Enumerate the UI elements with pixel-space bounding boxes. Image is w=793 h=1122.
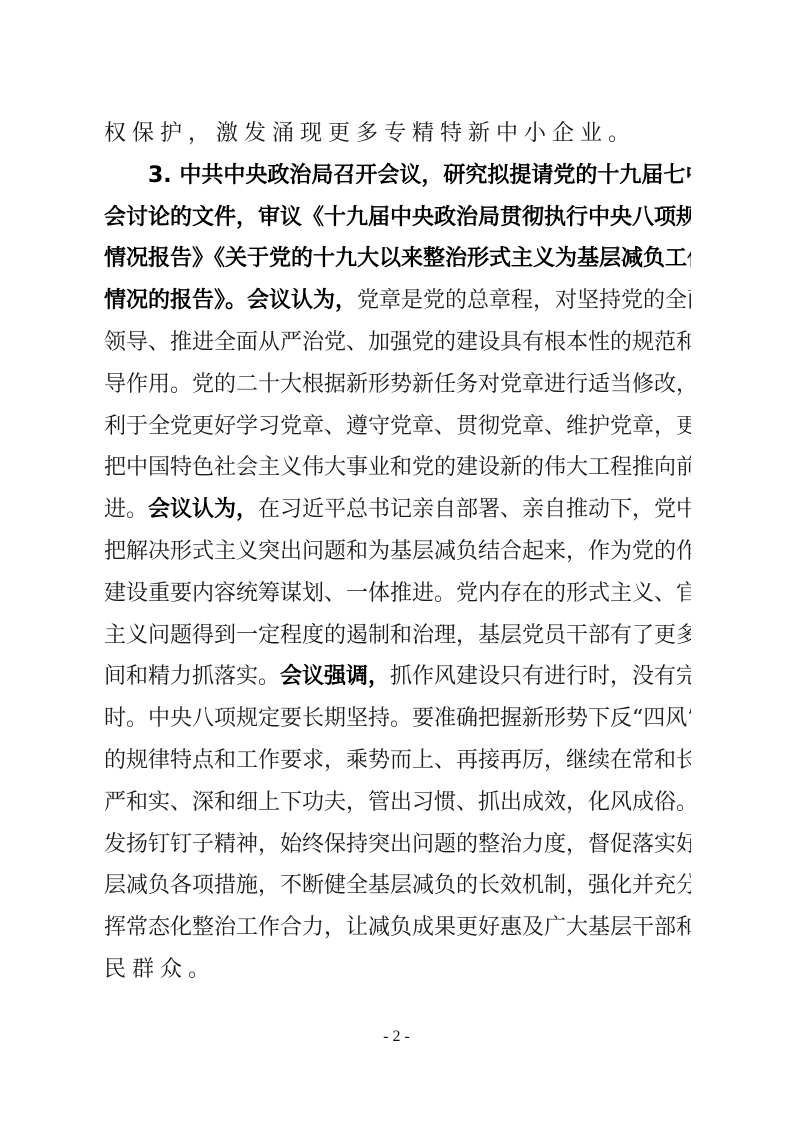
- text-segment: 把解决形式主义突出问题和为基层减负结合起来，作为党的作风: [104, 539, 691, 564]
- bold-text-segment: 情况报告》《关于党的十九大以来整治形式主义为基层减负工作: [104, 246, 691, 271]
- bold-text-segment: 3. 中共中央政治局召开会议，研究拟提请党的十九届七中全: [148, 163, 691, 188]
- text-segment: 建设重要内容统筹谋划、一体推进。党内存在的形式主义、官僚: [104, 581, 691, 606]
- bold-text-segment: 会讨论的文件，审议《十九届中央政治局贯彻执行中央八项规定: [104, 205, 691, 230]
- bold-text-segment: 会议强调，: [280, 664, 390, 689]
- text-segment: 把中国特色社会主义伟大事业和党的建设新的伟大工程推向前: [104, 455, 691, 480]
- text-segment: 挥常态化整治工作合力，让减负成果更好惠及广大基层干部和人: [104, 915, 691, 940]
- text-line: 间和精力抓落实。会议强调，抓作风建设只有进行时，没有完成: [104, 656, 691, 698]
- text-line: 挥常态化整治工作合力，让减负成果更好惠及广大基层干部和人: [104, 907, 691, 949]
- text-segment: 严和实、深和细上下功夫，管出习惯、抓出成效，化风成俗。要: [104, 790, 691, 815]
- text-line: 建设重要内容统筹谋划、一体推进。党内存在的形式主义、官僚: [104, 573, 691, 615]
- text-segment: 间和精力抓落实。: [104, 664, 280, 689]
- text-segment: 利于全党更好学习党章、遵守党章、贯彻党章、维护党章，更好: [104, 414, 691, 439]
- text-line: 权保护，激发涌现更多专精特新中小企业。: [104, 113, 691, 155]
- text-line: 把中国特色社会主义伟大事业和党的建设新的伟大工程推向前: [104, 447, 691, 489]
- text-segment: 进。: [104, 497, 148, 522]
- text-segment: 主义问题得到一定程度的遏制和治理，基层党员干部有了更多时: [104, 623, 691, 648]
- text-segment: 的规律特点和工作要求，乘势而上、再接再厉，继续在常和长、: [104, 748, 691, 773]
- text-line: 的规律特点和工作要求，乘势而上、再接再厉，继续在常和长、: [104, 740, 691, 782]
- text-line: 主义问题得到一定程度的遏制和治理，基层党员干部有了更多时: [104, 615, 691, 657]
- text-line: 情况的报告》。会议认为，党章是党的总章程，对坚持党的全面: [104, 280, 691, 322]
- text-line: 把解决形式主义突出问题和为基层减负结合起来，作为党的作风: [104, 531, 691, 573]
- text-segment: 层减负各项措施，不断健全基层减负的长效机制，强化并充分发: [104, 873, 691, 898]
- bold-text-segment: 情况的报告》。会议认为，: [104, 288, 357, 313]
- text-line: 利于全党更好学习党章、遵守党章、贯彻党章、维护党章，更好: [104, 406, 691, 448]
- text-line: 发扬钉钉子精神，始终保持突出问题的整治力度，督促落实好基: [104, 824, 691, 866]
- text-line: 进。会议认为，在习近平总书记亲自部署、亲自推动下，党中央: [104, 489, 691, 531]
- text-line: 会讨论的文件，审议《十九届中央政治局贯彻执行中央八项规定: [104, 197, 691, 239]
- text-segment: 发扬钉钉子精神，始终保持突出问题的整治力度，督促落实好基: [104, 832, 691, 857]
- page-number: - 2 -: [0, 1028, 793, 1046]
- text-segment: 领导、推进全面从严治党、加强党的建设具有根本性的规范和指: [104, 330, 691, 355]
- bold-text-segment: 会议认为，: [148, 497, 258, 522]
- text-segment: 民群众。: [104, 957, 216, 982]
- text-segment: 权保护，激发涌现更多专精特新中小企业。: [104, 121, 636, 146]
- text-line: 时。中央八项规定要长期坚持。要准确把握新形势下反“四风”: [104, 698, 691, 740]
- text-line: 严和实、深和细上下功夫，管出习惯、抓出成效，化风成俗。要: [104, 782, 691, 824]
- text-segment: 导作用。党的二十大根据新形势新任务对党章进行适当修改，有: [104, 372, 691, 397]
- text-line: 层减负各项措施，不断健全基层减负的长效机制，强化并充分发: [104, 865, 691, 907]
- text-segment: 党章是党的总章程，对坚持党的全面: [357, 288, 691, 313]
- text-segment: 抓作风建设只有进行时，没有完成: [390, 664, 691, 689]
- text-segment: 时。中央八项规定要长期坚持。要准确把握新形势下反“四风”: [104, 706, 691, 731]
- document-page: 权保护，激发涌现更多专精特新中小企业。3. 中共中央政治局召开会议，研究拟提请党…: [0, 0, 793, 1122]
- body-text: 权保护，激发涌现更多专精特新中小企业。3. 中共中央政治局召开会议，研究拟提请党…: [104, 113, 691, 991]
- text-line: 民群众。: [104, 949, 691, 991]
- text-segment: 在习近平总书记亲自部署、亲自推动下，党中央: [258, 497, 691, 522]
- text-line: 3. 中共中央政治局召开会议，研究拟提请党的十九届七中全: [104, 155, 691, 197]
- text-line: 领导、推进全面从严治党、加强党的建设具有根本性的规范和指: [104, 322, 691, 364]
- text-line: 情况报告》《关于党的十九大以来整治形式主义为基层减负工作: [104, 238, 691, 280]
- text-line: 导作用。党的二十大根据新形势新任务对党章进行适当修改，有: [104, 364, 691, 406]
